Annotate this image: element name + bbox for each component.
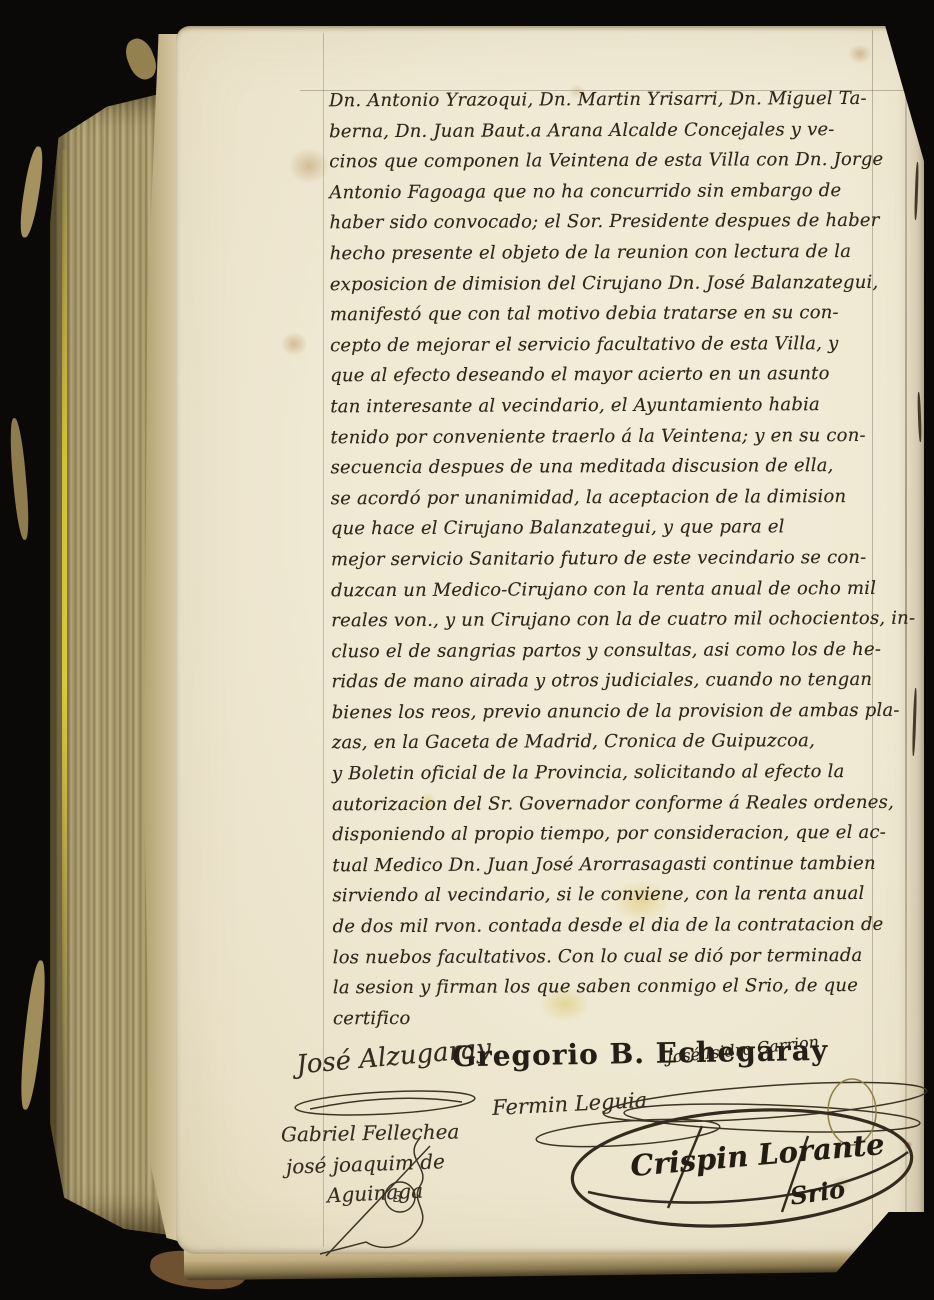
manuscript-line: y Boletin oficial de la Provincia, solic…: [332, 757, 916, 790]
manuscript-line: ridas de mano airada y otros judiciales,…: [331, 665, 915, 698]
ink-speck: [904, 1141, 912, 1149]
manuscript-line: exposicion de dimision del Cirujano Dn. …: [330, 267, 914, 300]
manuscript-line: tual Medico Dn. Juan José Arorrasagasti …: [332, 849, 916, 882]
age-spot: [288, 148, 330, 184]
torn-page-fragment: [8, 418, 32, 541]
manuscript-line: que al efecto deseando el mayor acierto …: [330, 359, 914, 392]
manuscript-line: que hace el Cirujano Balanzategui, y que…: [331, 512, 915, 545]
manuscript-text-block: Dn. Antonio Yrazoqui, Dn. Martin Yrisarr…: [329, 84, 917, 1035]
manuscript-line: tan interesante al vecindario, el Ayunta…: [330, 390, 914, 423]
torn-page-fragment: [17, 145, 46, 238]
torn-page-fragment: [17, 960, 49, 1111]
torn-page-fragment: [121, 35, 161, 84]
manuscript-line: de dos mil rvon. contada desde el dia de…: [333, 910, 917, 943]
manuscript-line: la sesion y firman los que saben conmigo…: [333, 971, 917, 1004]
aguinaga-rubric-number: 3: [393, 1188, 403, 1206]
manuscript-line: Antonio Fagoaga que no ha concurrido sin…: [329, 176, 913, 209]
manuscript-line: bienes los reos, previo anuncio de la pr…: [332, 696, 916, 729]
manuscript-line: se acordó por unanimidad, la aceptacion …: [331, 481, 915, 514]
manuscript-line: manifestó que con tal motivo debia trata…: [330, 298, 914, 331]
manuscript-line: zas, en la Gaceta de Madrid, Cronica de …: [332, 726, 916, 759]
age-spot: [848, 44, 872, 64]
manuscript-line: duzcan un Medico-Cirujano con la renta a…: [331, 573, 915, 606]
manuscript-line: Dn. Antonio Yrazoqui, Dn. Martin Yrisarr…: [329, 84, 913, 117]
manuscript-line: berna, Dn. Juan Baut.a Arana Alcalde Con…: [329, 114, 913, 147]
fore-edge-yellow-streak: [62, 150, 67, 1110]
age-spot: [280, 332, 308, 356]
manuscript-line: certifico: [333, 1002, 917, 1035]
manuscript-line: hecho presente el objeto de la reunion c…: [330, 237, 914, 270]
signature-fellechea: Gabriel Fellechea: [281, 1119, 460, 1146]
manuscript-line: los nuebos facultativos. Con lo cual se …: [333, 940, 917, 973]
manuscript-line: sirviendo al vecindario, si le conviene,…: [332, 879, 916, 912]
signature-aguinaga-line2: Aguinaga: [326, 1179, 423, 1208]
manuscript-line: secuencia despues de una meditada discus…: [331, 451, 915, 484]
manuscript-line: mejor servicio Sanitario futuro de este …: [331, 543, 915, 576]
manuscript-line: tenido por conveniente traerlo á la Vein…: [330, 420, 914, 453]
manuscript-line: haber sido convocado; el Sor. Presidente…: [329, 206, 913, 239]
photographed-book-page: Dn. Antonio Yrazoqui, Dn. Martin Yrisarr…: [0, 0, 934, 1300]
manuscript-line: cepto de mejorar el servicio facultativo…: [330, 328, 914, 361]
manuscript-line: disponiendo al propio tiempo, por consid…: [332, 818, 916, 851]
manuscript-line: cinos que componen la Veintena de esta V…: [329, 145, 913, 178]
manuscript-line: cluso el de sangrias partos y consultas,…: [331, 634, 915, 667]
manuscript-line: reales von., y un Cirujano con la de cua…: [331, 604, 915, 637]
manuscript-line: autorizacion del Sr. Governador conforme…: [332, 787, 916, 820]
